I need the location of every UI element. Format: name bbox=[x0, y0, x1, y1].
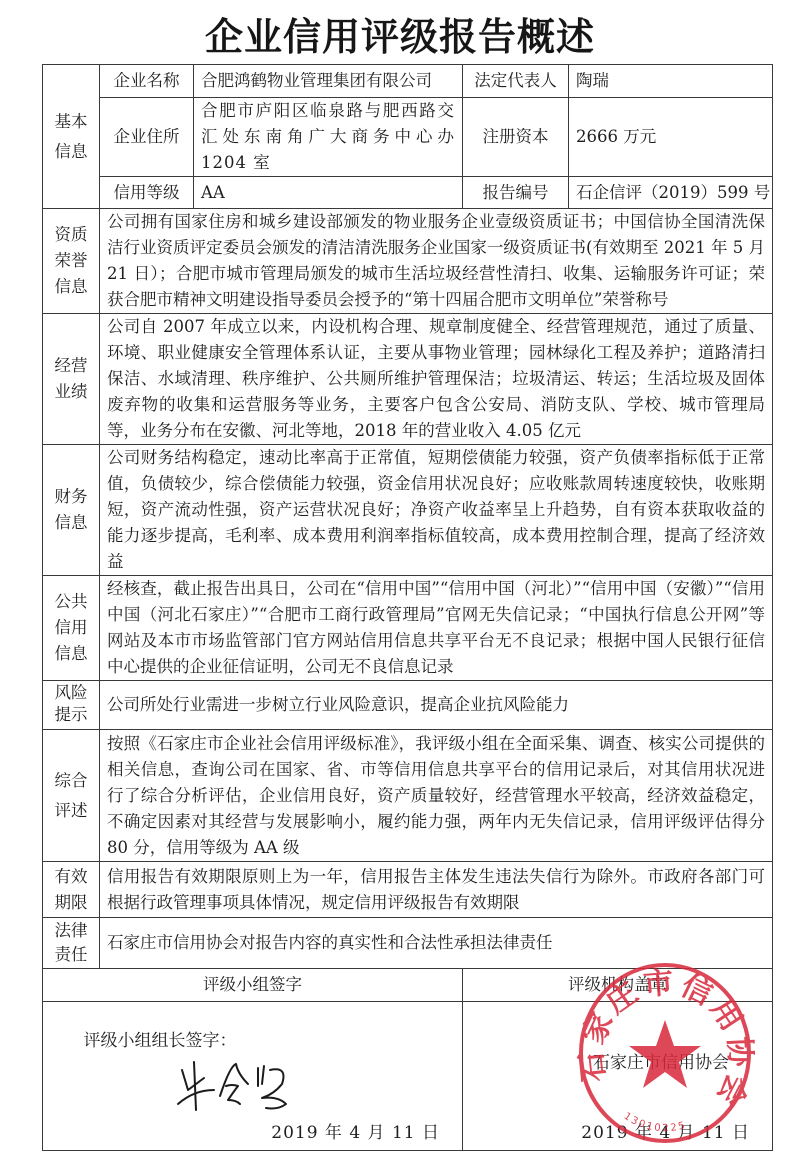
org-seal-date: 2019 年 4 月 11 日 bbox=[581, 1120, 750, 1146]
validity-text: 信用报告有效期限原则上为一年，信用报告主体发生违法失信行为除外。市政府各部门可根… bbox=[100, 862, 773, 918]
handwritten-signature-icon bbox=[174, 1060, 304, 1116]
report-title: 企业信用评级报告概述 bbox=[0, 6, 800, 61]
legal-text: 石家庄市信用协会对报告内容的真实性和合法性承担法律责任 bbox=[100, 918, 773, 969]
row-validity: 有效期限 信用报告有效期限原则上为一年，信用报告主体发生违法失信行为除外。市政府… bbox=[43, 862, 773, 918]
row-public-credit: 公共信用信息 经核查，截止报告出具日，公司在“信用中国”“信用中国（河北）”“信… bbox=[43, 576, 773, 681]
row-financial-info: 财务信息 公司财务结构稳定，速动比率高于正常值，短期偿债能力较强，资产负债率指标… bbox=[43, 445, 773, 576]
row-address: 企业住所 合肥市庐阳区临泉路与肥西路交汇处东南角广大商务中心办 1204 室 注… bbox=[43, 98, 773, 177]
leader-signature-label: 评级小组组长签字： bbox=[84, 1028, 237, 1054]
business-text: 公司自 2007 年成立以来，内设机构合理、规章制度健全、经营管理规范，通过了质… bbox=[100, 314, 773, 445]
section-label-qualifications: 资质荣誉信息 bbox=[43, 209, 100, 314]
legal-rep-label: 法定代表人 bbox=[463, 65, 569, 98]
qualifications-text: 公司拥有国家住房和城乡建设部颁发的物业服务企业壹级资质证书；中国信协全国清洗保洁… bbox=[100, 209, 773, 314]
org-seal-cell: 石家庄市信用协会 石家庄市信用协会 13010225 2019 年 4 月 11… bbox=[463, 1002, 773, 1151]
row-company-name: 基本信息 企业名称 合肥鸿鹤物业管理集团有限公司 法定代表人 陶瑞 bbox=[43, 65, 773, 98]
section-label-business: 经营业绩 bbox=[43, 314, 100, 445]
financial-text: 公司财务结构稳定，速动比率高于正常值，短期偿债能力较强，资产负债率指标低于正常值… bbox=[100, 445, 773, 576]
section-label-legal: 法律责任 bbox=[43, 918, 100, 969]
summary-text: 按照《石家庄市企业社会信用评级标准》，我评级小组在全面采集、调查、核实公司提供的… bbox=[100, 730, 773, 862]
section-label-validity: 有效期限 bbox=[43, 862, 100, 918]
section-label-public-credit: 公共信用信息 bbox=[43, 576, 100, 681]
reg-capital-label: 注册资本 bbox=[463, 98, 569, 177]
row-signature-headers: 评级小组签字 评级机构盖章 bbox=[43, 969, 773, 1002]
credit-grade-label: 信用等级 bbox=[100, 177, 194, 209]
team-signature-date: 2019 年 4 月 11 日 bbox=[271, 1120, 440, 1146]
section-label-summary: 综合评述 bbox=[43, 730, 100, 862]
team-signature-cell: 评级小组组长签字： 2019 年 4 月 11 日 bbox=[194, 1002, 463, 1151]
address-label: 企业住所 bbox=[100, 98, 194, 177]
row-qualifications: 资质荣誉信息 公司拥有国家住房和城乡建设部颁发的物业服务企业壹级资质证书；中国信… bbox=[43, 209, 773, 314]
row-legal: 法律责任 石家庄市信用协会对报告内容的真实性和合法性承担法律责任 bbox=[43, 918, 773, 969]
row-risk: 风险提示 公司所处行业需进一步树立行业风险意识，提高企业抗风险能力 bbox=[43, 681, 773, 730]
row-business-performance: 经营业绩 公司自 2007 年成立以来，内设机构合理、规章制度健全、经营管理规范… bbox=[43, 314, 773, 445]
report-no-label: 报告编号 bbox=[463, 177, 569, 209]
legal-rep-value: 陶瑞 bbox=[569, 65, 773, 98]
section-label-risk: 风险提示 bbox=[43, 681, 100, 730]
section-label-financial: 财务信息 bbox=[43, 445, 100, 576]
address-value: 合肥市庐阳区临泉路与肥西路交汇处东南角广大商务中心办 1204 室 bbox=[194, 98, 463, 177]
report-no-value: 石企信评（2019）599 号 bbox=[569, 177, 773, 209]
org-seal-header: 评级机构盖章 bbox=[463, 969, 773, 1002]
org-name: 石家庄市信用协会 bbox=[593, 1050, 729, 1076]
company-name-value: 合肥鸿鹤物业管理集团有限公司 bbox=[194, 65, 463, 98]
public-credit-text: 经核查，截止报告出具日，公司在“信用中国”“信用中国（河北）”“信用中国（安徽）… bbox=[100, 576, 773, 681]
team-signature-header: 评级小组签字 bbox=[43, 969, 463, 1002]
risk-text: 公司所处行业需进一步树立行业风险意识，提高企业抗风险能力 bbox=[100, 681, 773, 730]
section-label-basic-info: 基本信息 bbox=[43, 65, 100, 209]
row-summary: 综合评述 按照《石家庄市企业社会信用评级标准》，我评级小组在全面采集、调查、核实… bbox=[43, 730, 773, 862]
row-signatures: 评级小组组长签字： 2019 年 4 月 11 日 石家庄市信用协会 bbox=[43, 1002, 773, 1151]
report-table: 基本信息 企业名称 合肥鸿鹤物业管理集团有限公司 法定代表人 陶瑞 企业住所 合… bbox=[42, 64, 773, 1151]
row-credit-grade: 信用等级 AA 报告编号 石企信评（2019）599 号 bbox=[43, 177, 773, 209]
company-name-label: 企业名称 bbox=[100, 65, 194, 98]
credit-grade-value: AA bbox=[194, 177, 463, 209]
reg-capital-value: 2666 万元 bbox=[569, 98, 773, 177]
